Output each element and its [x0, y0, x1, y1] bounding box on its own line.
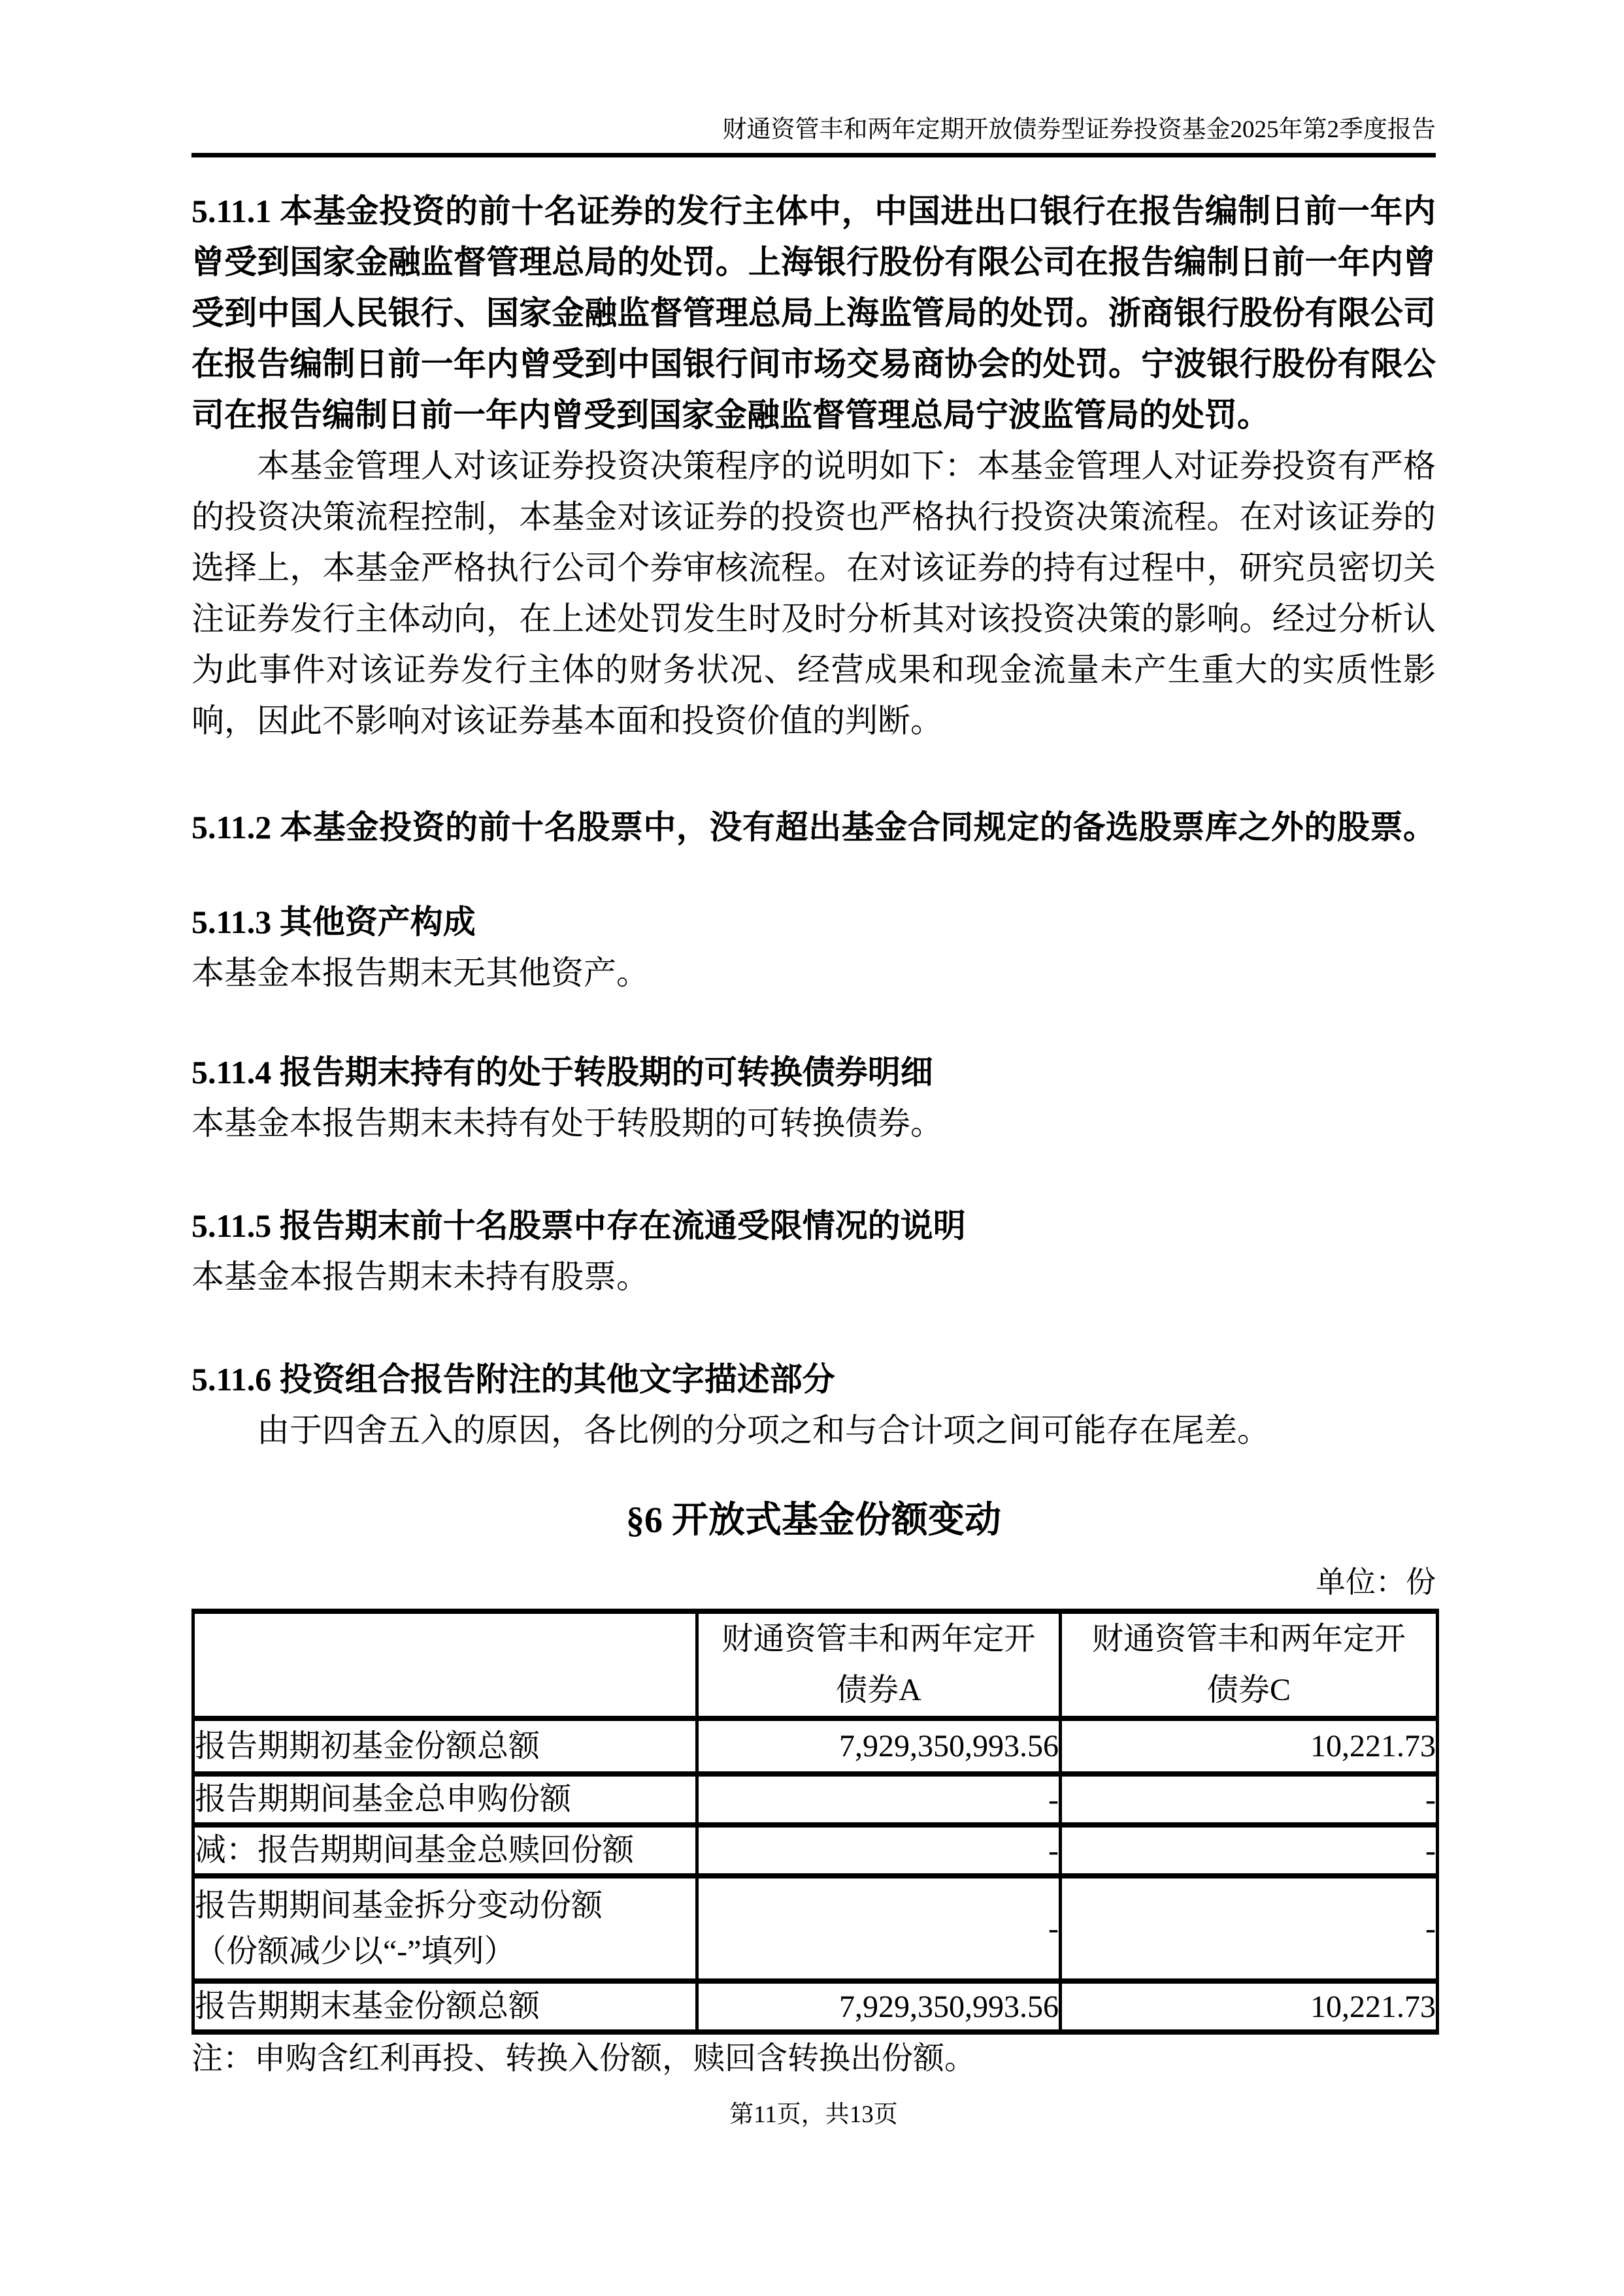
table-note: 注：申购含红利再投、转换入份额，赎回含转换出份额。	[191, 2041, 1436, 2077]
column-header-class-a-line1: 财通资管丰和两年定开	[699, 1614, 1059, 1665]
report-page: 财通资管丰和两年定期开放债券型证券投资基金2025年第2季度报告 5.11.1 …	[0, 0, 1624, 2296]
section-6-title: §6 开放式基金份额变动	[191, 1493, 1436, 1548]
value-class-a: -	[697, 1774, 1061, 1825]
corner-cell	[193, 1611, 697, 1718]
table-row-opening-shares: 报告期期初基金份额总额 7,929,350,993.56 10,221.73	[193, 1718, 1438, 1774]
page-number-footer: 第11页，共13页	[191, 2100, 1436, 2130]
column-header-class-c-line2: 债券C	[1062, 1665, 1436, 1716]
value-class-a: -	[697, 1825, 1061, 1876]
row-label: 报告期期间基金总申购份额	[193, 1774, 697, 1825]
row-label-line1: 报告期期间基金拆分变动份额	[195, 1883, 695, 1929]
section-5-11-5-title: 5.11.5 报告期末前十名股票中存在流通受限情况的说明	[191, 1200, 1436, 1251]
row-label: 报告期期末基金份额总额	[193, 1981, 697, 2032]
section-5-11-1-explanation: 本基金管理人对该证券投资决策程序的说明如下：本基金管理人对证券投资有严格的投资决…	[191, 440, 1436, 746]
section-5-11-6-body: 由于四舍五入的原因，各比例的分项之和与合计项之间可能存在尾差。	[191, 1405, 1436, 1456]
row-label: 报告期期间基金拆分变动份额 （份额减少以“-”填列）	[193, 1876, 697, 1981]
section-5-11-5-body: 本基金本报告期末未持有股票。	[191, 1251, 1436, 1302]
row-label: 报告期期初基金份额总额	[193, 1718, 697, 1774]
row-label: 减：报告期期间基金总赎回份额	[193, 1825, 697, 1876]
section-5-11-3-title: 5.11.3 其他资产构成	[191, 896, 1436, 947]
header-rule	[191, 153, 1436, 157]
unit-label: 单位：份	[191, 1564, 1436, 1601]
value-class-c: -	[1061, 1774, 1438, 1825]
value-class-a: -	[697, 1876, 1061, 1981]
table-row-redemption-shares: 减：报告期期间基金总赎回份额 - -	[193, 1825, 1438, 1876]
section-5-11-4-title: 5.11.4 报告期末持有的处于转股期的可转换债券明细	[191, 1047, 1436, 1098]
section-5-11-2-statement: 5.11.2 本基金投资的前十名股票中，没有超出基金合同规定的备选股票库之外的股…	[191, 802, 1436, 853]
table-row-split-change-shares: 报告期期间基金拆分变动份额 （份额减少以“-”填列） - -	[193, 1876, 1438, 1981]
column-header-class-c: 财通资管丰和两年定开 债券C	[1061, 1611, 1438, 1718]
table-header-row: 财通资管丰和两年定开 债券A 财通资管丰和两年定开 债券C	[193, 1611, 1438, 1718]
table-row-closing-shares: 报告期期末基金份额总额 7,929,350,993.56 10,221.73	[193, 1981, 1438, 2032]
row-label-line2: （份额减少以“-”填列）	[195, 1929, 695, 1975]
value-class-c: 10,221.73	[1061, 1718, 1438, 1774]
value-class-a: 7,929,350,993.56	[697, 1981, 1061, 2032]
table-row-subscription-shares: 报告期期间基金总申购份额 - -	[193, 1774, 1438, 1825]
column-header-class-a-line2: 债券A	[699, 1665, 1059, 1716]
value-class-c: -	[1061, 1825, 1438, 1876]
section-5-11-6-title: 5.11.6 投资组合报告附注的其他文字描述部分	[191, 1354, 1436, 1405]
value-class-c: -	[1061, 1876, 1438, 1981]
value-class-a: 7,929,350,993.56	[697, 1718, 1061, 1774]
section-5-11-3-body: 本基金本报告期末无其他资产。	[191, 947, 1436, 998]
section-5-11-4-body: 本基金本报告期末未持有处于转股期的可转换债券。	[191, 1098, 1436, 1149]
value-class-c: 10,221.73	[1061, 1981, 1438, 2032]
column-header-class-c-line1: 财通资管丰和两年定开	[1062, 1614, 1436, 1665]
section-5-11-1-statement: 5.11.1 本基金投资的前十名证券的发行主体中，中国进出口银行在报告编制日前一…	[191, 186, 1436, 440]
column-header-class-a: 财通资管丰和两年定开 债券A	[697, 1611, 1061, 1718]
fund-share-change-table: 财通资管丰和两年定开 债券A 财通资管丰和两年定开 债券C 报告期期初基金份额总…	[191, 1609, 1439, 2035]
page-header-title: 财通资管丰和两年定期开放债券型证券投资基金2025年第2季度报告	[191, 115, 1436, 145]
